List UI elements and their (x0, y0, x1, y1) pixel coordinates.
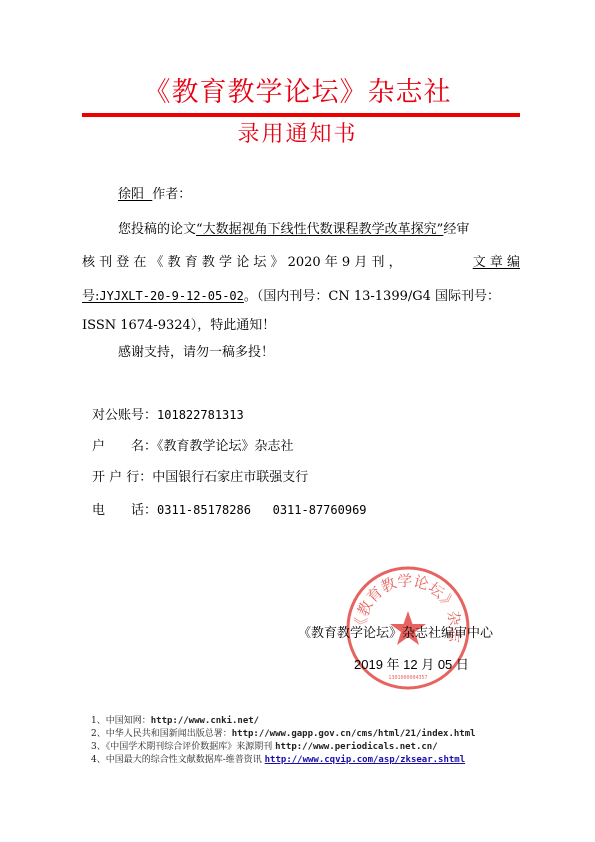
paragraph-line-1: 您投稿的论文“大数据视角下线性代数课程教学改革探究”经审 (118, 222, 469, 238)
journal-issn-info: 。（国内刊号：CN 13-1399/G4 国际刊号： (244, 289, 500, 304)
footnote-4: 4、中国最大的综合性文献数据库-维普资讯 http://www.cqvip.co… (91, 754, 465, 766)
header-divider (82, 113, 520, 117)
article-number-label: 文 章 编 (473, 255, 520, 271)
author-label: 作者： (152, 187, 191, 202)
page-subtitle: 录用通知书 (0, 120, 595, 150)
author-name: 徐阳 (118, 187, 144, 202)
footnote-3: 3、《中国学术期刊综合评价数据库》来源期刊 http://www.periodi… (91, 741, 438, 753)
gapp-url: http://www.gapp.gov.cn/cms/html/21/index… (232, 729, 476, 739)
page-title: 《教育教学论坛》杂志社 (0, 76, 595, 110)
bank-row: 开 户 行：中国银行石家庄市联强支行 (92, 470, 308, 486)
paragraph-line-4: ISSN 1674-9324），特此通知！ (82, 318, 275, 334)
cqvip-link[interactable]: http://www.cqvip.com/asp/zksear.shtml (265, 755, 465, 765)
footnote-1: 1、中国知网：http://www.cnki.net/ (91, 715, 259, 727)
account-name-row: 户 名：《教育教学论坛》杂志社 (92, 439, 294, 455)
svg-text:1301000004357: 1301000004357 (388, 675, 427, 681)
signature-org: 《教育教学论坛》杂志社编审中心 (298, 626, 493, 642)
phone-row: 电 话：0311-85178286 0311-87760969 (92, 502, 367, 519)
paragraph-line-3: 号:JYJXLT-20-9-12-05-02。（国内刊号：CN 13-1399/… (82, 288, 500, 305)
paper-title: “大数据视角下线性代数课程教学改革探究” (196, 222, 443, 237)
paragraph-line-2: 核 刊 登 在 《 教 育 教 学 论 坛 》 2020 年 9 月 刊 ， 文… (82, 255, 520, 271)
article-number: JYJXLT-20-9-12-05-02 (99, 289, 244, 303)
account-number-row: 对公账号：101822781313 (92, 407, 244, 424)
signature-date: 2019 年 12 月 05 日 (354, 657, 469, 673)
footnote-2: 2、中华人民共和国新闻出版总署：http://www.gapp.gov.cn/c… (91, 728, 476, 740)
periodicals-url: http://www.periodicals.net.cn/ (275, 742, 438, 752)
author-line: 徐阳 作者： (118, 187, 191, 203)
thanks-line: 感谢支持，请勿一稿多投！ (118, 345, 274, 361)
cnki-url: http://www.cnki.net/ (151, 716, 259, 726)
